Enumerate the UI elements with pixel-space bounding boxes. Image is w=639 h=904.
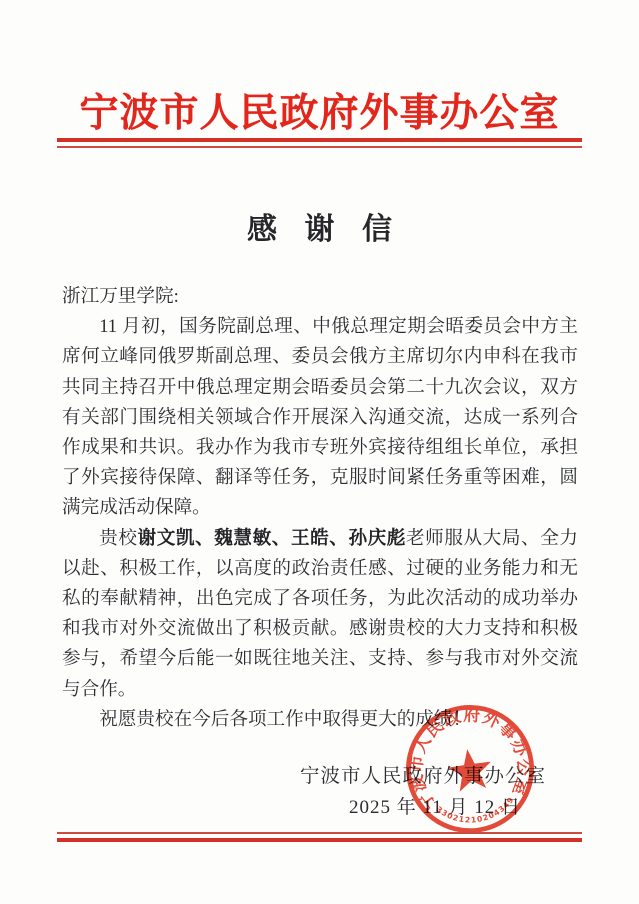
letterhead-org-name: 宁波市人民政府外事办公室 [0,82,639,138]
paragraph-text: 老师服从大局、全力以赴、积极工作，以高度的政治责任感、过硬的业务能力和无私的奉献… [62,528,578,700]
letter-paragraph: 贵校谢文凯、魏慧敏、王皓、孙庆彪老师服从大局、全力以赴、积极工作，以高度的政治责… [62,524,578,705]
header-rule-thick [57,138,582,142]
seal-star-icon [446,746,495,793]
official-seal-stamp: 宁波市人民政府外事办公室 33021210204349 [394,693,545,844]
letter-paragraphs: 11 月初，国务院副总理、中俄总理定期会晤委员会中方主席何立峰同俄罗斯副总理、委… [62,312,578,735]
header-rule-thin [57,146,582,148]
paragraph-text: 贵校 [99,528,137,549]
footer-rule-thin [57,832,582,834]
highlighted-teacher-names: 谢文凯、魏慧敏、王皓、孙庆彪 [138,528,406,549]
salutation: 浙江万里学院: [62,282,578,312]
letter-body: 浙江万里学院: 11 月初，国务院副总理、中俄总理定期会晤委员会中方主席何立峰同… [62,282,578,735]
paragraph-text: 11 月初，国务院副总理、中俄总理定期会晤委员会中方主席何立峰同俄罗斯副总理、委… [62,316,578,518]
letter-title: 感 谢 信 [0,204,639,248]
letter-paragraph: 11 月初，国务院副总理、中俄总理定期会晤委员会中方主席何立峰同俄罗斯副总理、委… [62,312,578,523]
footer-rule-thick [57,838,582,842]
letter-page: 宁波市人民政府外事办公室 感 谢 信 浙江万里学院: 11 月初，国务院副总理、… [0,0,639,904]
